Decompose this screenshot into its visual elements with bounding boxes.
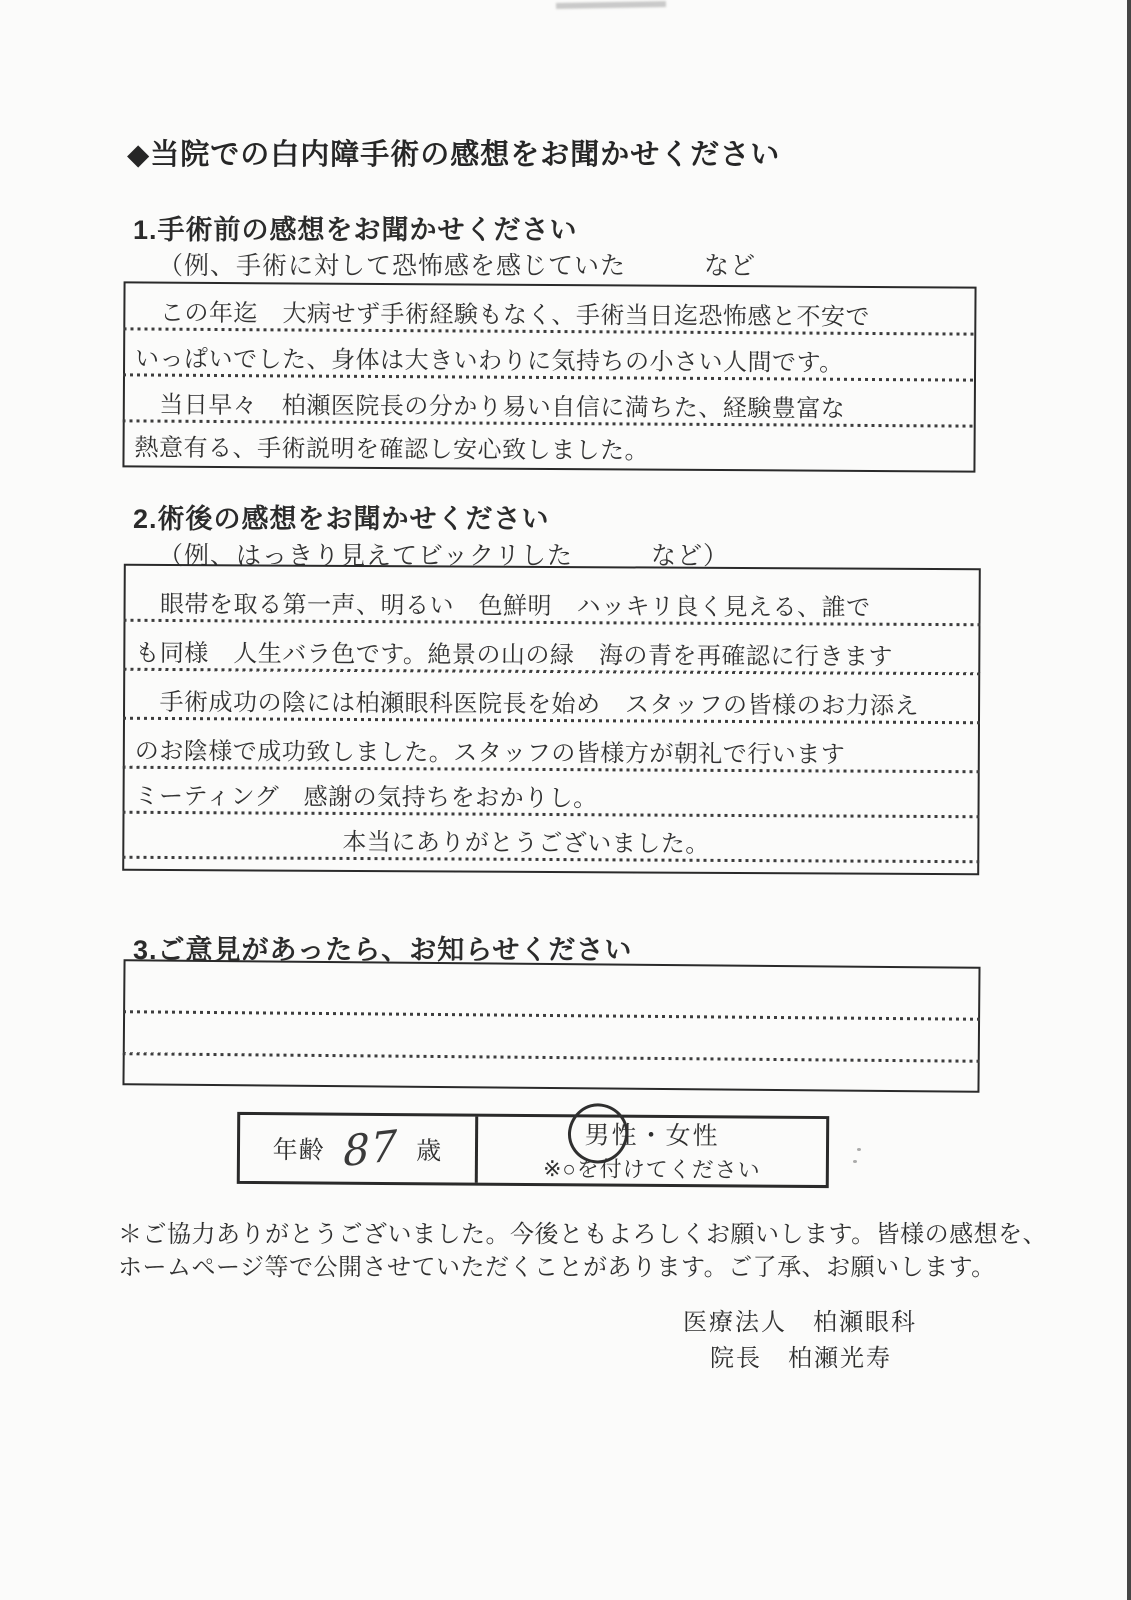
answer-line: この年迄 大病せず手術経験もなく、手術当日迄恐怖感と不安で <box>125 283 974 335</box>
answer-text: いっぱいでした、身体は大きいわりに気持ちの小さい人間です。 <box>135 338 844 377</box>
age-handwritten-value: 87 <box>343 1125 399 1174</box>
answer-line: ミーティング 感謝の気持ちをおかりし。 <box>125 769 978 818</box>
gender-note: ※○を付けてください <box>543 1152 761 1185</box>
answer-text: この年迄 大病せず手術経験もなく、手術当日迄恐怖感と不安で <box>135 292 870 331</box>
gender-options: 男性 ・女性 <box>584 1120 719 1151</box>
scan-edge-artifact <box>1127 0 1131 1600</box>
answer-line: のお陰様で成功致しました。スタッフの皆様方が朝礼で行います <box>125 720 978 773</box>
dotted-rule <box>123 1052 980 1062</box>
answer-text: も同様 人生バラ色です。絶景の山の緑 海の青を再確認に行きます <box>135 633 893 672</box>
answer-line: いっぱいでした、身体は大きいわりに気持ちの小さい人間です。 <box>125 330 974 381</box>
scan-speck <box>857 1148 861 1151</box>
answer-line: 熱意有る、手術説明を確認し安心致しました。 <box>124 422 973 470</box>
clinic-name: 医療法人 柏瀬眼科 <box>683 1302 917 1337</box>
answer-text: のお陰様で成功致しました。スタッフの皆様方が朝礼で行います <box>135 731 846 770</box>
answer-text: 眼帯を取る第一声、明るい 色鮮明 ハッキリ良く見える、誰で <box>136 584 871 623</box>
page-title: ◆当院での白内障手術の感想をお聞かせください <box>127 132 780 173</box>
profile-table: 年齢 87 歳 男性 ・女性 ※○を付けてください <box>237 1112 829 1188</box>
gender-option-female: 女性 <box>666 1121 720 1149</box>
answer-line: 手術成功の陰には柏瀬眼科医院長を始め スタッフの皆様のお力添え <box>125 671 978 724</box>
answer-text: 本当にありがとうございました。 <box>342 822 710 859</box>
gender-option-male: 男性 <box>584 1120 638 1150</box>
answer-text: 熱意有る、手術説明を確認し安心致しました。 <box>134 427 649 465</box>
answer-box-3 <box>122 959 980 1092</box>
clinic-director: 院長 柏瀬光寿 <box>710 1338 892 1373</box>
scan-smudge-artifact <box>556 1 666 9</box>
footer-thanks-line-1: ＊ご協力ありがとうございました。今後ともよろしくお願いします。皆様の感想を、 <box>118 1214 1047 1249</box>
scanned-questionnaire-page: ◆当院での白内障手術の感想をお聞かせください 1.手術前の感想をお聞かせください… <box>0 0 1131 1600</box>
answer-text: 手術成功の陰には柏瀬眼科医院長を始め スタッフの皆様のお力添え <box>135 682 919 721</box>
answer-box-1: この年迄 大病せず手術経験もなく、手術当日迄恐怖感と不安で いっぱいでした、身体… <box>122 281 976 472</box>
age-unit-label: 歳 <box>416 1131 442 1167</box>
question-1-heading: 1.手術前の感想をお聞かせください <box>133 208 578 247</box>
answer-line: 眼帯を取る第一声、明るい 色鮮明 ハッキリ良く見える、誰で <box>126 566 979 626</box>
question-2-heading: 2.術後の感想をお聞かせください <box>133 497 550 536</box>
question-1-hint: （例、手術に対して恐怖感を感じていた など <box>158 246 756 282</box>
age-label: 年齢 <box>273 1130 325 1166</box>
answer-line: も同様 人生バラ色です。絶景の山の緑 海の青を再確認に行きます <box>125 622 978 675</box>
answer-line: 本当にありがとうございました。 <box>124 814 977 863</box>
dotted-rule <box>123 1010 980 1020</box>
footer-thanks-line-2: ホームページ等で公開させていただくことがあります。ご了承、お願いします。 <box>118 1247 996 1282</box>
answer-box-2: 眼帯を取る第一声、明るい 色鮮明 ハッキリ良く見える、誰で も同様 人生バラ色で… <box>122 564 981 875</box>
gender-separator: ・ <box>638 1121 665 1149</box>
age-cell: 年齢 87 歳 <box>240 1115 478 1183</box>
answer-text: 当日早々 柏瀬医院長の分かり易い自信に満ちた、経験豊富な <box>135 384 846 423</box>
scan-speck <box>853 1160 857 1163</box>
answer-line: 当日早々 柏瀬医院長の分かり易い自信に満ちた、経験豊富な <box>125 376 974 427</box>
answer-text: ミーティング 感謝の気持ちをおかりし。 <box>135 776 598 813</box>
gender-cell: 男性 ・女性 ※○を付けてください <box>478 1117 826 1185</box>
